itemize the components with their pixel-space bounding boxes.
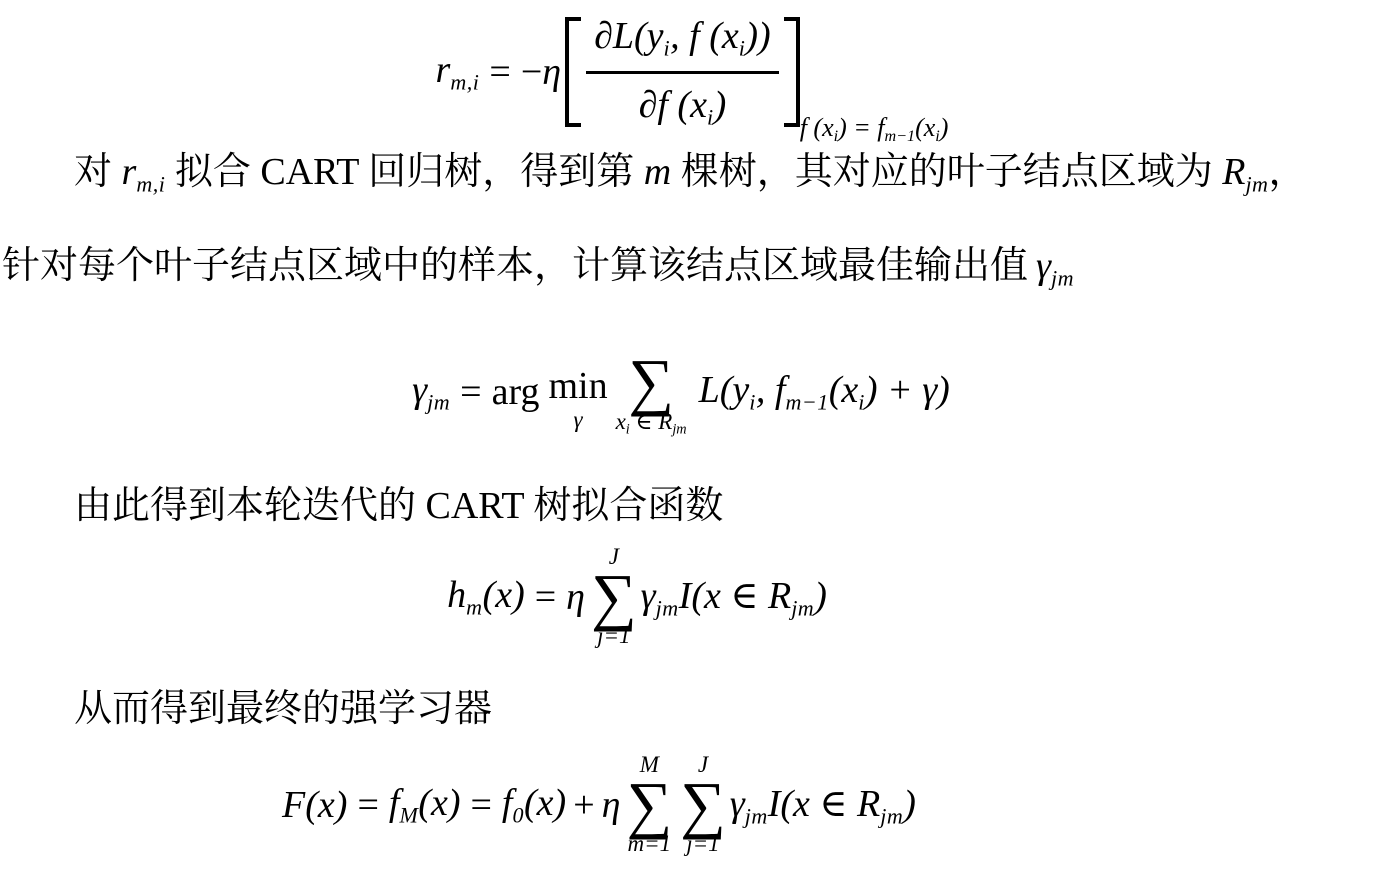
var-r-mi: rm,i <box>436 48 480 95</box>
var-F: F(x) <box>282 783 347 827</box>
formula-gamma-argmin-row: γjm = arg minγ ∑xi ∈ Rjm L(yi, fm−1(xi) … <box>412 351 950 432</box>
term-close: ) <box>814 575 827 617</box>
var-h-paren: (x) <box>483 574 525 616</box>
outer-sum-lower-limit: m=1 <box>627 831 671 857</box>
minus-sign: − <box>521 50 542 94</box>
loss-L: L(y <box>699 369 750 411</box>
inner-summation: J∑j=1 <box>680 752 726 857</box>
cond-close: ) <box>940 113 949 142</box>
summation-lower-limit: j=1 <box>597 623 630 649</box>
var-hm: hm(x) <box>447 573 525 620</box>
formula-final-model-row: F(x) = fM(x) = f0(x) + η M∑m=1 J∑j=1 γjm… <box>282 752 916 857</box>
var-f0: f0(x) <box>502 781 566 828</box>
numerator-text: ∂L(y <box>594 15 663 57</box>
term-close: ) <box>903 783 916 825</box>
loss-paren-x: (x <box>829 369 859 411</box>
partial-derivative-fraction: ∂L(yi, f (xi)) ∂f (xi) <box>586 14 779 130</box>
formula-gamma-argmin: γjm = arg minγ ∑xi ∈ Rjm L(yi, fm−1(xi) … <box>0 336 1374 448</box>
summation-lower-limit: xi ∈ Rjm <box>616 409 687 438</box>
numerator-text2: , f (x <box>670 15 739 57</box>
min-under-gamma: γ <box>573 408 582 431</box>
formula-hm-row: hm(x) = η J∑j=1 γjmI(x ∈ Rjm) <box>447 544 827 649</box>
cond-eq-f: ) = f <box>838 113 884 142</box>
right-bracket <box>784 17 800 127</box>
term-R-sub: jm <box>880 803 903 828</box>
p1-var-m: m <box>644 151 671 193</box>
formula-negative-gradient-row: rm,i = − η ∂L(yi, f (xi)) ∂f (xi) f (xi)… <box>436 14 949 130</box>
cond-f: f (x <box>800 113 834 142</box>
loss-sub-m1: m−1 <box>785 390 828 415</box>
p2-var-gamma-sub: jm <box>1051 265 1074 290</box>
var-f-M-sub: M <box>399 803 418 828</box>
lim-R-sub: jm <box>672 421 686 437</box>
fraction-denominator: ∂f (xi) <box>586 71 779 130</box>
var-eta: η <box>566 575 585 619</box>
loss-term: L(yi, fm−1(xi) + γ) <box>699 368 950 415</box>
fraction-numerator: ∂L(yi, f (xi)) <box>586 14 779 70</box>
p1-var-R-sub: jm <box>1245 171 1268 196</box>
var-h-subscript: m <box>466 595 482 620</box>
inner-sum-lower-limit: j=1 <box>686 831 719 857</box>
sigma-sign: ∑ <box>591 571 637 623</box>
evaluation-condition: f (xi) = fm−1(xi) <box>800 113 949 146</box>
loss-sub-i1: i <box>749 390 756 415</box>
summation: J∑j=1 <box>591 544 637 649</box>
var-eta: η <box>542 50 561 94</box>
term-R-sub: jm <box>791 595 814 620</box>
var-r-subscript: m,i <box>450 70 479 95</box>
denominator-text: ∂f (x <box>639 84 707 126</box>
equals-sign-2: = <box>470 783 491 827</box>
p4-text: 从而得到最终的强学习器 <box>74 688 492 730</box>
p1-text1: 对 <box>74 151 122 193</box>
loss-sub-i2: i <box>858 390 865 415</box>
p1-comma: ， <box>1268 151 1306 193</box>
numerator-sub-i1: i <box>664 36 671 61</box>
term-gamma: γ <box>641 575 656 617</box>
outer-summation: M∑m=1 <box>626 752 672 857</box>
summation: ∑xi ∈ Rjm <box>616 356 687 437</box>
paragraph-cart-function: 由此得到本轮迭代的 CART 树拟合函数 <box>2 484 1370 530</box>
var-f0-paren: (x) <box>524 782 566 824</box>
var-f0-base: f <box>502 782 513 824</box>
p1-text3: 棵树，其对应的叶子结点区域为 <box>671 151 1222 193</box>
lim-in-R: ∈ R <box>630 409 673 434</box>
numerator-sub-i2: i <box>739 36 746 61</box>
arg-operator: arg <box>492 370 540 414</box>
outer-sigma-sign: ∑ <box>626 779 672 831</box>
var-gamma: γ <box>412 369 427 411</box>
plus-sign: + <box>573 783 594 827</box>
p1-var-R: R <box>1222 151 1245 193</box>
lim-x: x <box>616 409 626 434</box>
equals-sign: = <box>460 370 481 414</box>
paragraph-leaf-output: 针对每个叶子结点区域中的样本，计算该结点区域最佳输出值γjm <box>2 244 1370 292</box>
cond-paren-x: (x <box>915 113 935 142</box>
p3-text: 由此得到本轮迭代的 CART 树拟合函数 <box>74 485 723 527</box>
cond-sub-m1: m−1 <box>885 128 916 145</box>
term-gamma: γ <box>730 783 745 825</box>
inner-sigma-sign: ∑ <box>680 779 726 831</box>
indicator-term: γjmI(x ∈ Rjm) <box>641 573 827 621</box>
var-fM: fM(x) <box>389 781 461 828</box>
p1-text2: 拟合 CART 回归树，得到第 <box>165 151 643 193</box>
term-indicator: I(x ∈ R <box>679 575 792 617</box>
document-page: rm,i = − η ∂L(yi, f (xi)) ∂f (xi) f (xi)… <box>0 0 1374 874</box>
equals-sign: = <box>489 50 510 94</box>
term-indicator: I(x ∈ R <box>768 783 881 825</box>
var-f-M-base: f <box>389 782 400 824</box>
p1-var-r: r <box>122 151 137 193</box>
term-gamma-sub: jm <box>656 595 679 620</box>
denominator-close: ) <box>714 84 727 126</box>
p2-text1: 针对每个叶子结点区域中的样本，计算该结点区域最佳输出值 <box>2 245 1028 287</box>
term-gamma-sub: jm <box>745 803 768 828</box>
p1-var-r-sub: m,i <box>136 171 165 196</box>
formula-hm: hm(x) = η J∑j=1 γjmI(x ∈ Rjm) <box>0 532 1374 662</box>
var-f0-sub: 0 <box>512 803 524 828</box>
formula-final-model: F(x) = fM(x) = f0(x) + η M∑m=1 J∑j=1 γjm… <box>0 740 1374 870</box>
p2-var-gamma: γ <box>1036 245 1051 287</box>
paragraph-final-learner: 从而得到最终的强学习器 <box>2 687 1370 733</box>
var-h: h <box>447 574 466 616</box>
formula-negative-gradient: rm,i = − η ∂L(yi, f (xi)) ∂f (xi) f (xi)… <box>0 6 1374 138</box>
equals-sign-1: = <box>357 783 378 827</box>
var-gamma-subscript: jm <box>427 390 450 415</box>
equals-sign: = <box>535 575 556 619</box>
sigma-sign: ∑ <box>628 356 674 408</box>
var-r: r <box>436 49 451 91</box>
indicator-term: γjmI(x ∈ Rjm) <box>730 781 916 829</box>
numerator-close: )) <box>745 15 770 57</box>
var-f-M-paren: (x) <box>418 782 460 824</box>
min-word: min <box>548 367 607 405</box>
loss-close: ) + γ) <box>865 369 950 411</box>
min-operator: minγ <box>548 367 607 431</box>
loss-f: , f <box>756 369 786 411</box>
paragraph-cart-fit: 对 rm,i 拟合 CART 回归树，得到第 m 棵树，其对应的叶子结点区域为 … <box>2 150 1370 198</box>
left-bracket <box>565 17 581 127</box>
var-eta: η <box>602 783 621 827</box>
var-gamma-jm: γjm <box>412 368 450 415</box>
